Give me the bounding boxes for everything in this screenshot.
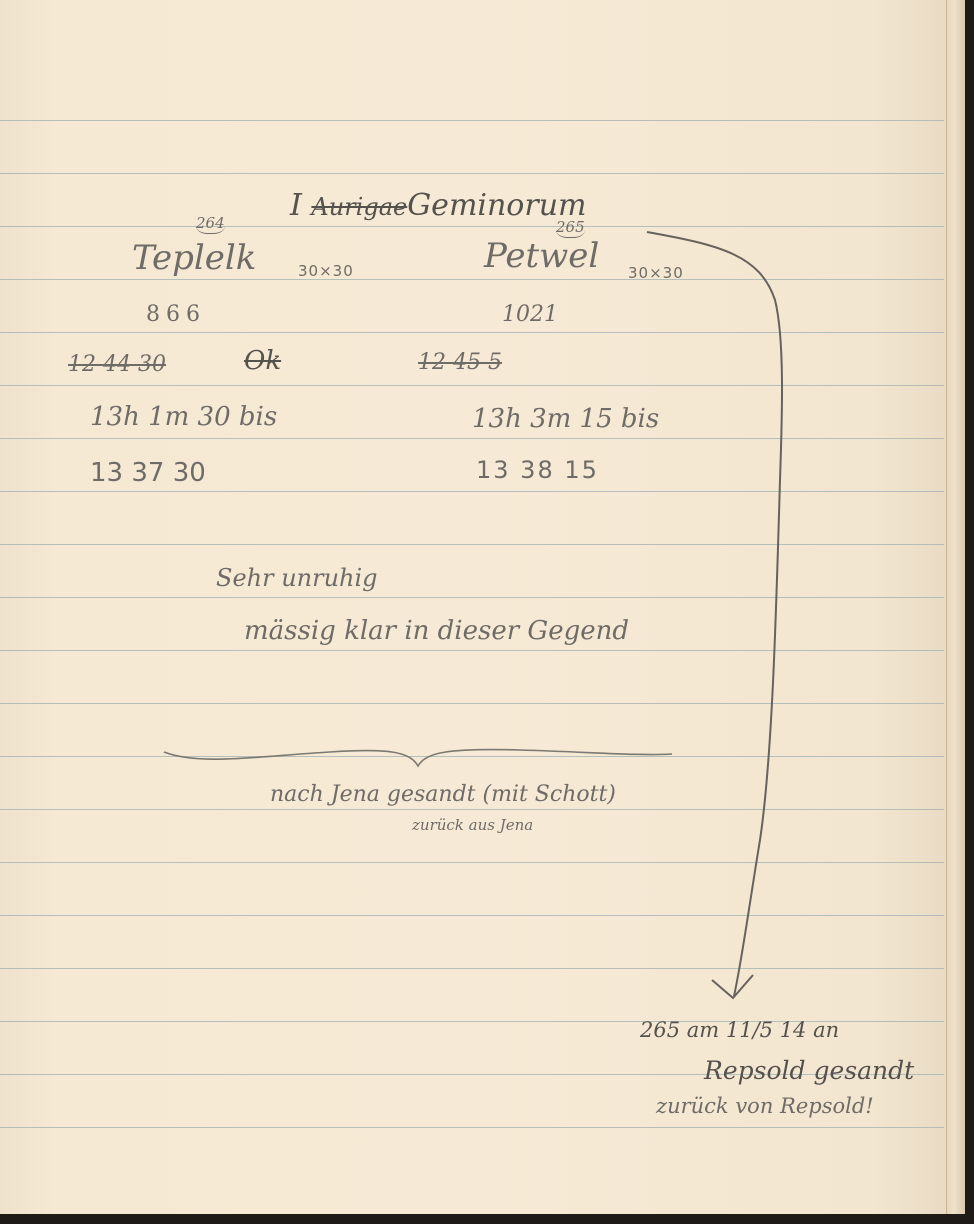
ruled-line	[0, 597, 944, 598]
heading-prefix: I	[290, 188, 302, 223]
arrow-head-icon	[712, 975, 753, 998]
ruled-line	[0, 1127, 944, 1128]
ruled-line	[0, 438, 944, 439]
left-name: Teplelk	[132, 238, 256, 278]
right-struck-time: 12 45 5	[418, 350, 502, 375]
ruled-line	[0, 120, 944, 121]
footnote-line-3: zurück von Repsold!	[656, 1094, 874, 1118]
left-end-time: 13 37 30	[90, 458, 206, 488]
remark-line-2: mässig klar in dieser Gegend	[244, 616, 629, 646]
heading-struck-word: Aurigae	[311, 193, 407, 221]
arrow-line-icon	[647, 232, 782, 996]
right-value: 1021	[502, 302, 558, 327]
ruled-line	[0, 703, 944, 704]
curly-brace-icon	[164, 750, 672, 766]
right-start-time: 13h 3m 15 bis	[472, 404, 659, 434]
ruled-line	[0, 862, 944, 863]
page-heading: I AurigaeGeminorum	[290, 188, 586, 223]
ruled-line	[0, 173, 944, 174]
left-struck-time: 12 44 30	[68, 352, 166, 377]
page-edge	[946, 0, 965, 1214]
remark-line-1: Sehr unruhig	[216, 564, 378, 592]
shipping-line-1: nach Jena gesandt (mit Schott)	[270, 782, 616, 807]
ruled-line	[0, 544, 944, 545]
ruled-line	[0, 968, 944, 969]
right-end-time: 13 38 15	[476, 456, 599, 484]
footnote-line-2: Repsold gesandt	[704, 1056, 914, 1085]
left-size: 30×30	[298, 262, 354, 280]
left-start-time: 13h 1m 30 bis	[90, 402, 277, 432]
left-struck-note: Ok	[244, 346, 281, 376]
ruled-line	[0, 385, 944, 386]
notebook-page: I AurigaeGeminorum 264 Teplelk 30×30 866…	[0, 0, 946, 1214]
shipping-line-2: zurück aus Jena	[412, 816, 533, 834]
ruled-line	[0, 650, 944, 651]
ruled-line	[0, 279, 944, 280]
left-number: 264	[196, 214, 225, 232]
ruled-line	[0, 756, 944, 757]
right-name: Petwel	[484, 236, 599, 276]
ruled-line	[0, 491, 944, 492]
footnote-line-1: 265 am 11/5 14 an	[640, 1018, 839, 1042]
left-value: 866	[146, 302, 206, 327]
ruled-line	[0, 332, 944, 333]
ruled-line	[0, 915, 944, 916]
ruled-line	[0, 809, 944, 810]
right-size: 30×30	[628, 264, 684, 282]
ruled-line	[0, 226, 944, 227]
right-number: 265	[556, 218, 585, 236]
